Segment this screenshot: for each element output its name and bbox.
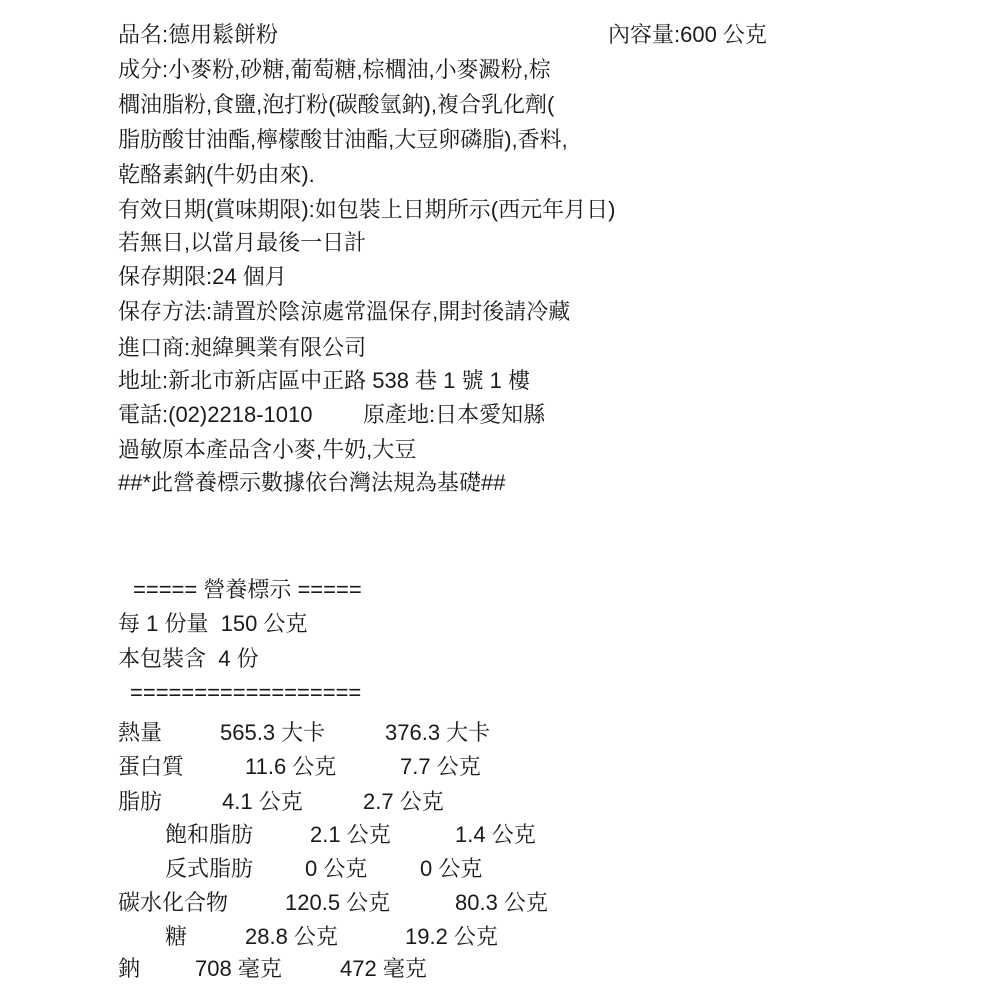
allergen-line: 過敏原本產品含小麥,牛奶,大豆 [118,437,416,463]
nutrient-label: 蛋白質 [118,750,184,781]
nutrient-label: 脂肪 [118,785,162,816]
net-content: 內容量:600 公克 [608,22,767,48]
product-label-document: 品名:德用鬆餅粉 內容量:600 公克 成分:小麥粉,砂糖,葡萄糖,棕櫚油,小麥… [0,0,1000,1000]
expiry-date-line: 有效日期(賞味期限):如包裝上日期所示(西元年月日) [118,197,615,223]
nutrient-value: 376.3 大卡 [385,716,490,747]
nutrient-value: 7.7 公克 [400,750,481,781]
nutrient-label: 飽和脂肪 [165,818,253,849]
importer-line: 進口商:昶緯興業有限公司 [118,335,366,361]
servings-per-package-line: 本包裝含 4 份 [118,646,259,672]
serving-size-line: 每 1 份量 150 公克 [118,611,308,637]
ingredients-line-2: 櫚油脂粉,食鹽,泡打粉(碳酸氫鈉),複合乳化劑( [118,92,554,118]
nutrition-section-title: ===== 營養標示 ===== [133,577,362,603]
nutrition-divider: ================== [130,680,361,706]
nutrient-value: 2.1 公克 [310,818,391,849]
nutrient-value: 0 公克 [420,852,482,883]
nutrient-label: 糖 [165,920,187,951]
nutrient-label: 碳水化合物 [118,886,228,917]
nutrient-value: 80.3 公克 [455,886,548,917]
product-name: 品名:德用鬆餅粉 [118,22,278,48]
nutrient-value: 19.2 公克 [405,920,498,951]
nutrient-value: 4.1 公克 [222,785,303,816]
nutrient-label: 反式脂肪 [165,852,253,883]
shelf-life-line: 保存期限:24 個月 [118,264,287,290]
nutrient-value: 472 毫克 [340,952,427,983]
nutrient-value: 708 毫克 [195,952,282,983]
expiry-note-line: 若無日,以當月最後一日計 [118,230,366,256]
origin-line: 原產地:日本愛知縣 [363,402,545,428]
nutrient-value: 2.7 公克 [363,785,444,816]
nutrient-value: 565.3 大卡 [220,716,325,747]
regulation-note-line: ##*此營養標示數據依台灣法規為基礎## [118,470,506,496]
nutrient-value: 1.4 公克 [455,818,536,849]
nutrient-label: 鈉 [118,952,140,983]
nutrient-value: 11.6 公克 [245,750,336,781]
ingredients-line-4: 乾酪素鈉(牛奶由來). [118,162,315,188]
nutrient-value: 120.5 公克 [285,886,390,917]
storage-method-line: 保存方法:請置於陰涼處常溫保存,開封後請冷藏 [118,299,570,325]
phone-line: 電話:(02)2218-1010 [118,402,312,428]
nutrient-value: 28.8 公克 [245,920,338,951]
ingredients-line-3: 脂肪酸甘油酯,檸檬酸甘油酯,大豆卵磷脂),香料, [118,127,568,153]
ingredients-line-1: 成分:小麥粉,砂糖,葡萄糖,棕櫚油,小麥澱粉,棕 [118,57,551,83]
nutrient-label: 熱量 [118,716,162,747]
address-line: 地址:新北市新店區中正路 538 巷 1 號 1 樓 [118,368,530,394]
nutrient-value: 0 公克 [305,852,367,883]
